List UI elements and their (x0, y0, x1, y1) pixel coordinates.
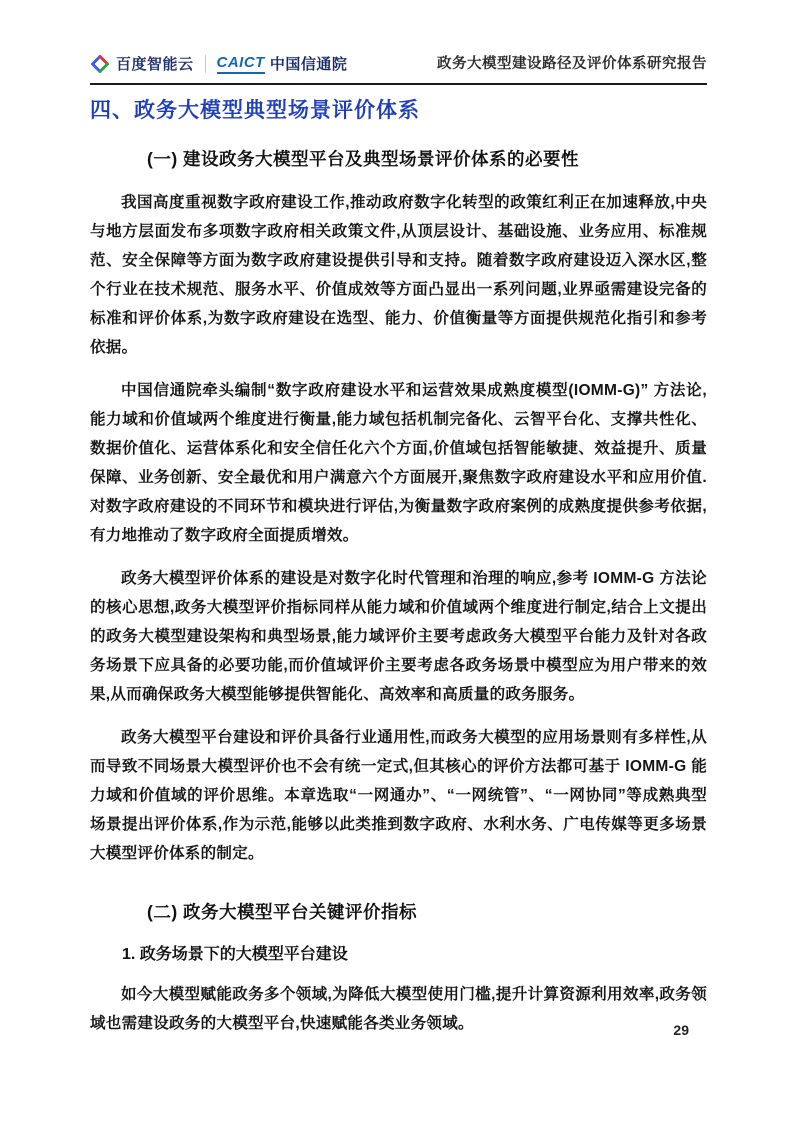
paragraph: 政务大模型平台建设和评价具备行业通用性,而政务大模型的应用场景则有多样性,从而导… (90, 723, 707, 868)
caict-logo-en: CAICT (217, 54, 265, 74)
baidu-logo-text: 百度智能云 (116, 53, 194, 74)
chapter-title: 四、政务大模型典型场景评价体系 (90, 97, 707, 125)
logo-divider (205, 55, 206, 73)
paragraph: 政务大模型评价体系的建设是对数字化时代管理和治理的响应,参考 IOMM-G 方法… (90, 564, 707, 709)
baidu-cloud-icon (90, 54, 110, 74)
logo-row: 百度智能云 CAICT 中国信通院 (90, 53, 347, 74)
caict-logo-cn: 中国信通院 (270, 53, 348, 74)
paragraph: 我国高度重视数字政府建设工作,推动政府数字化转型的政策红利正在加速释放,中央与地… (90, 188, 707, 362)
page-number: 29 (673, 1022, 689, 1038)
report-title: 政务大模型建设路径及评价体系研究报告 (437, 52, 707, 74)
section2-title: (二) 政务大模型平台关键评价指标 (147, 900, 707, 924)
paragraph: 如今大模型赋能政务多个领域,为降低大模型使用门槛,提升计算资源利用效率,政务领域… (90, 980, 707, 1038)
page-header: 百度智能云 CAICT 中国信通院 政务大模型建设路径及评价体系研究报告 (90, 52, 707, 85)
section2-subtitle: 1. 政务场景下的大模型平台建设 (122, 944, 707, 966)
section1-title: (一) 建设政务大模型平台及典型场景评价体系的必要性 (147, 147, 707, 171)
document-page: 百度智能云 CAICT 中国信通院 政务大模型建设路径及评价体系研究报告 四、政… (0, 0, 793, 1122)
paragraph: 中国信通院牵头编制“数字政府建设水平和运营效果成熟度模型(IOMM-G)” 方法… (90, 376, 707, 550)
